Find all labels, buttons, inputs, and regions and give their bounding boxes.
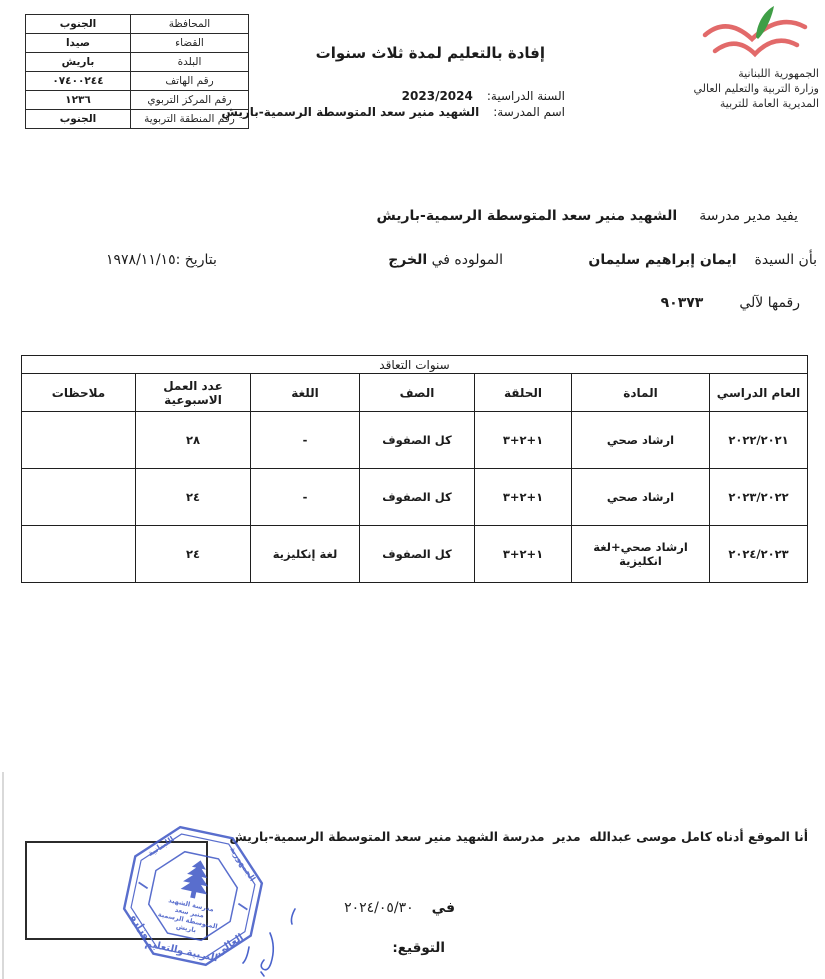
birthplace-segment: المولوده في الخرج [388,252,503,268]
info-value: باريش [26,53,131,72]
cell-notes [22,412,136,469]
cell-weekly-hours: ٢٨ [136,412,251,469]
info-value: ١٢٣٦ [26,91,131,110]
info-value: الجنوب [26,110,131,129]
cell-cycle: ١+٢+٣ [475,469,572,526]
table-row: ٢٠٢٢/٢٠٢١ ارشاد صحي ١+٢+٣ كل الصفوف - ٢٨ [22,412,808,469]
col-header-notes: ملاحظات [22,374,136,412]
cell-language: - [251,469,360,526]
cell-class: كل الصفوف [360,526,475,583]
table-header-row: العام الدراسي المادة الحلقة الصف اللغة ع… [22,374,808,412]
info-row: رقم الهاتف ٠٧٤٠٠٢٤٤ [26,72,249,91]
automated-number-line: رقمها لآلي٩٠٣٧٣ [661,295,800,311]
contract-years-table: سنوات التعاقد العام الدراسي المادة الحلق… [21,355,808,583]
info-label: رقم الهاتف [131,72,249,91]
ministry-line: المديرية العامة للتربية [629,96,819,111]
col-header-subject: المادة [572,374,710,412]
location-info-table: المحافظة الجنوب القضاء صيدا البلدة باريش… [25,14,249,129]
info-value: الجنوب [26,15,131,34]
issue-date-label: في [432,900,455,916]
cell-language: - [251,412,360,469]
birthplace-label: المولوده في [432,252,503,268]
cedar-tree-icon [179,858,214,901]
info-row: البلدة باريش [26,53,249,72]
table-title-row: سنوات التعاقد [22,356,808,374]
statement-school-line: يفيد مدير مدرسةالشهيد منير سعد المتوسطة … [376,208,798,224]
school-name-line: اسم المدرسة:الشهيد منير سعد المتوسطة الر… [221,105,565,119]
info-value: صيدا [26,34,131,53]
col-header-class: الصف [360,374,475,412]
signature-label: التوقيع: [392,940,445,956]
birthdate-label: بتاريخ : [176,252,217,268]
col-header-language: اللغة [251,374,360,412]
cell-year: ٢٠٢٣/٢٠٢٢ [710,469,808,526]
col-header-cycle: الحلقة [475,374,572,412]
ministry-line: وزارة التربية والتعليم العالي [629,81,819,96]
cell-class: كل الصفوف [360,469,475,526]
statement-school-name: الشهيد منير سعد المتوسطة الرسمية-باريش [376,208,677,224]
cell-weekly-hours: ٢٤ [136,526,251,583]
cell-year: ٢٠٢٤/٢٠٢٣ [710,526,808,583]
cell-class: كل الصفوف [360,412,475,469]
handwritten-signature [225,895,315,979]
stamp-ring-text: الجمهورية [228,845,257,883]
cell-notes [22,526,136,583]
cell-notes [22,469,136,526]
school-year-label: السنة الدراسية: [487,89,565,103]
cell-cycle: ١+٢+٣ [475,412,572,469]
school-name-label: اسم المدرسة: [493,105,565,119]
school-year-value: 2023/2024 [402,89,473,103]
automated-number-label: رقمها لآلي [739,295,800,311]
issue-date-line: في٢٠٢٤/٠٥/٣٠ [344,900,455,916]
birthplace-value: الخرج [388,252,427,268]
info-row: القضاء صيدا [26,34,249,53]
moe-book-cedar-logo-icon [699,4,811,70]
info-row: رقم المنطقة التربوية الجنوب [26,110,249,129]
cell-cycle: ١+٢+٣ [475,526,572,583]
col-header-year: العام الدراسي [710,374,808,412]
teacher-name-segment: بأن السيدةايمان إبراهيم سليمان [588,252,817,268]
teacher-name: ايمان إبراهيم سليمان [588,252,736,268]
ministry-line: الجمهورية اللبنانية [629,66,819,81]
statement-prefix: يفيد مدير مدرسة [699,208,798,224]
director-declaration: أنا الموقع أدناه كامل موسى عبدالله مدير … [230,829,809,844]
col-header-weekly-hours: عدد العمل الاسبوعية [136,374,251,412]
info-row: المحافظة الجنوب [26,15,249,34]
cell-year: ٢٠٢٢/٢٠٢١ [710,412,808,469]
table-row: ٢٠٢٣/٢٠٢٢ ارشاد صحي ١+٢+٣ كل الصفوف - ٢٤ [22,469,808,526]
cell-language: لغة إنكليزية [251,526,360,583]
birthdate-segment: بتاريخ :١٩٧٨/١١/١٥ [106,252,217,268]
document-title: إفادة بالتعليم لمدة ثلاث سنوات [316,44,545,62]
birthdate-value: ١٩٧٨/١١/١٥ [106,252,176,268]
teacher-prefix: بأن السيدة [755,252,817,268]
school-name-value: الشهيد منير سعد المتوسطة الرسمية-باريش [221,105,479,119]
table-title: سنوات التعاقد [22,356,808,374]
ministry-titles: الجمهورية اللبنانية وزارة التربية والتعل… [629,66,819,111]
school-year-line: السنة الدراسية:2023/2024 [402,89,565,103]
cell-subject: ارشاد صحي [572,412,710,469]
info-label: البلدة [131,53,249,72]
info-row: رقم المركز التربوي ١٢٣٦ [26,91,249,110]
table-row: ٢٠٢٤/٢٠٢٣ ارشاد صحي+لغة انكليزية ١+٢+٣ ك… [22,526,808,583]
automated-number-value: ٩٠٣٧٣ [661,295,704,311]
cell-weekly-hours: ٢٤ [136,469,251,526]
issue-date-value: ٢٠٢٤/٠٥/٣٠ [344,900,414,916]
cell-subject: ارشاد صحي+لغة انكليزية [572,526,710,583]
scan-edge-artifact [2,772,4,979]
certificate-page: المحافظة الجنوب القضاء صيدا البلدة باريش… [0,0,825,979]
info-label: المحافظة [131,15,249,34]
stamp-ring-text: وزارة [128,913,152,942]
cell-subject: ارشاد صحي [572,469,710,526]
info-value: ٠٧٤٠٠٢٤٤ [26,72,131,91]
info-label: القضاء [131,34,249,53]
